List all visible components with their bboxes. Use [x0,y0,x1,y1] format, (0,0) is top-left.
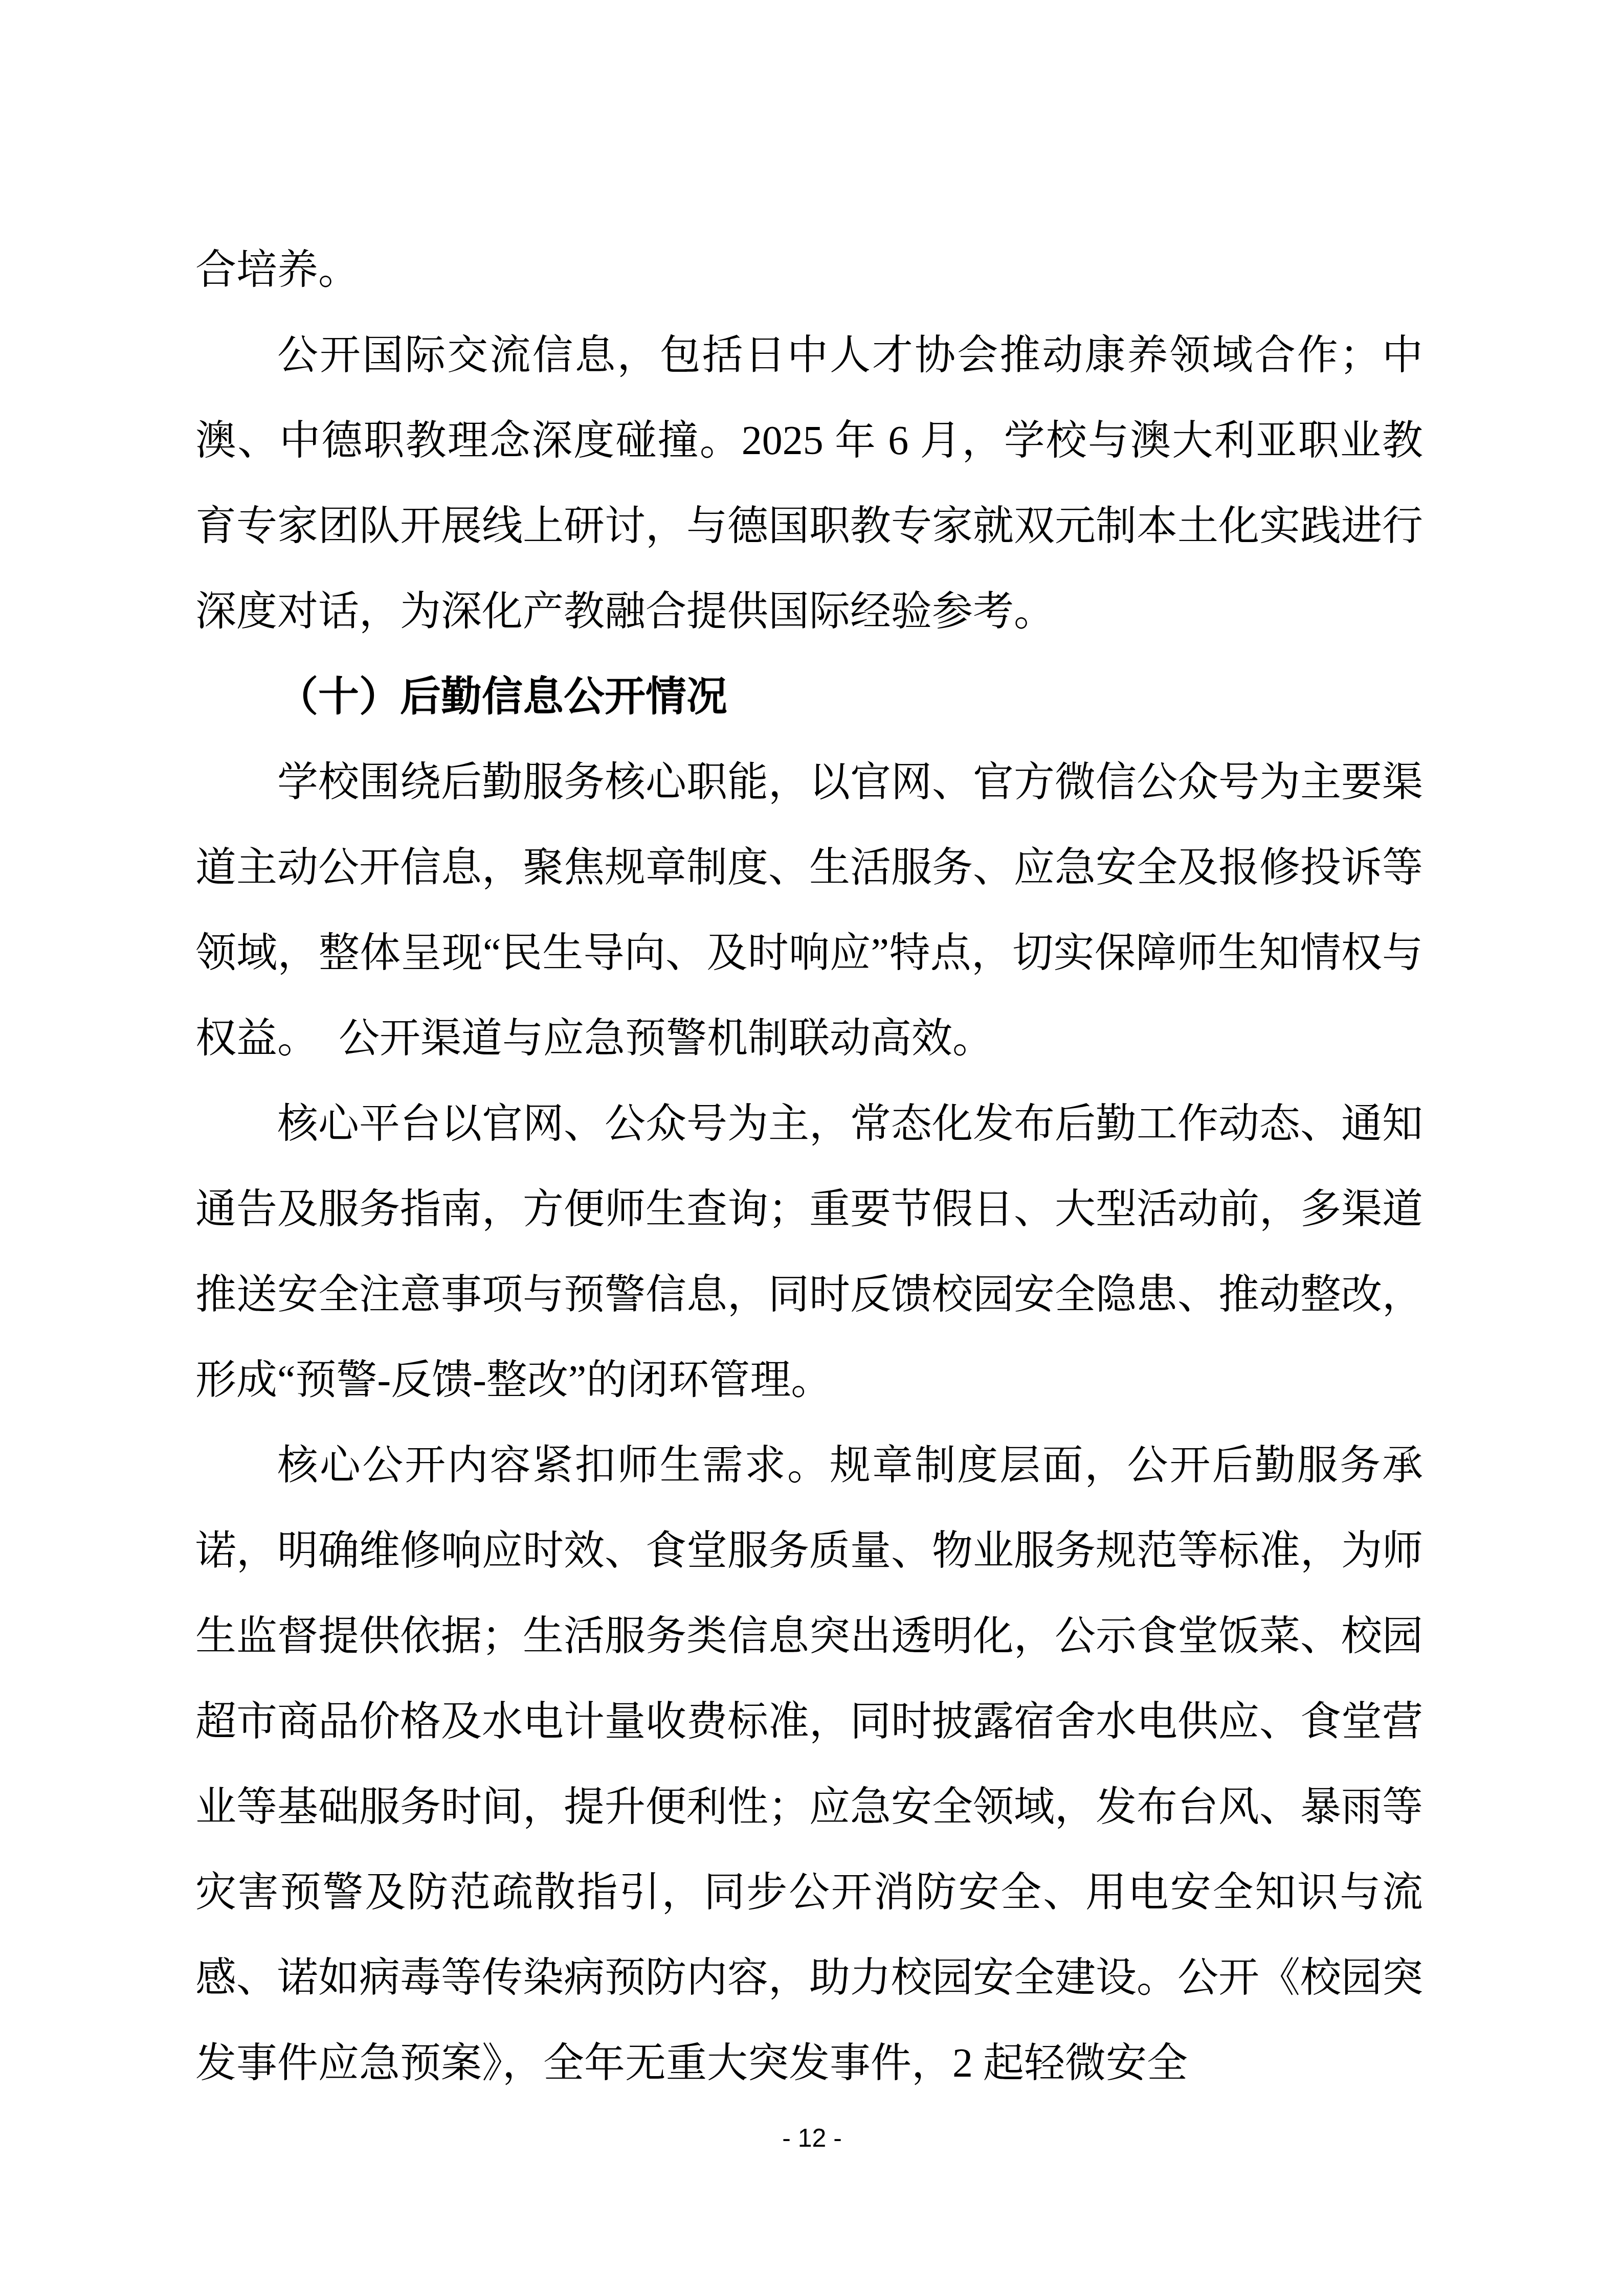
section-heading-logistics-disclosure: （十）后勤信息公开情况 [195,655,1423,740]
document-page: 合培养。 公开国际交流信息，包括日中人才协会推动康养领域合作；中澳、中德职教理念… [0,0,1624,2296]
paragraph-continuation: 合培养。 [195,228,1423,313]
paragraph-disclosure-content: 核心公开内容紧扣师生需求。规章制度层面，公开后勤服务承诺，明确维修响应时效、食堂… [195,1423,1423,2106]
document-body: 合培养。 公开国际交流信息，包括日中人才协会推动康养领域合作；中澳、中德职教理念… [195,228,1423,2106]
paragraph-logistics-overview: 学校围绕后勤服务核心职能，以官网、官方微信公众号为主要渠道主动公开信息，聚焦规章… [195,740,1423,1082]
page-number: - 12 - [0,2122,1624,2154]
paragraph-international-exchange: 公开国际交流信息，包括日中人才协会推动康养领域合作；中澳、中德职教理念深度碰撞。… [195,313,1423,655]
paragraph-platform-channels: 核心平台以官网、公众号为主，常态化发布后勤工作动态、通知通告及服务指南，方便师生… [195,1082,1423,1423]
